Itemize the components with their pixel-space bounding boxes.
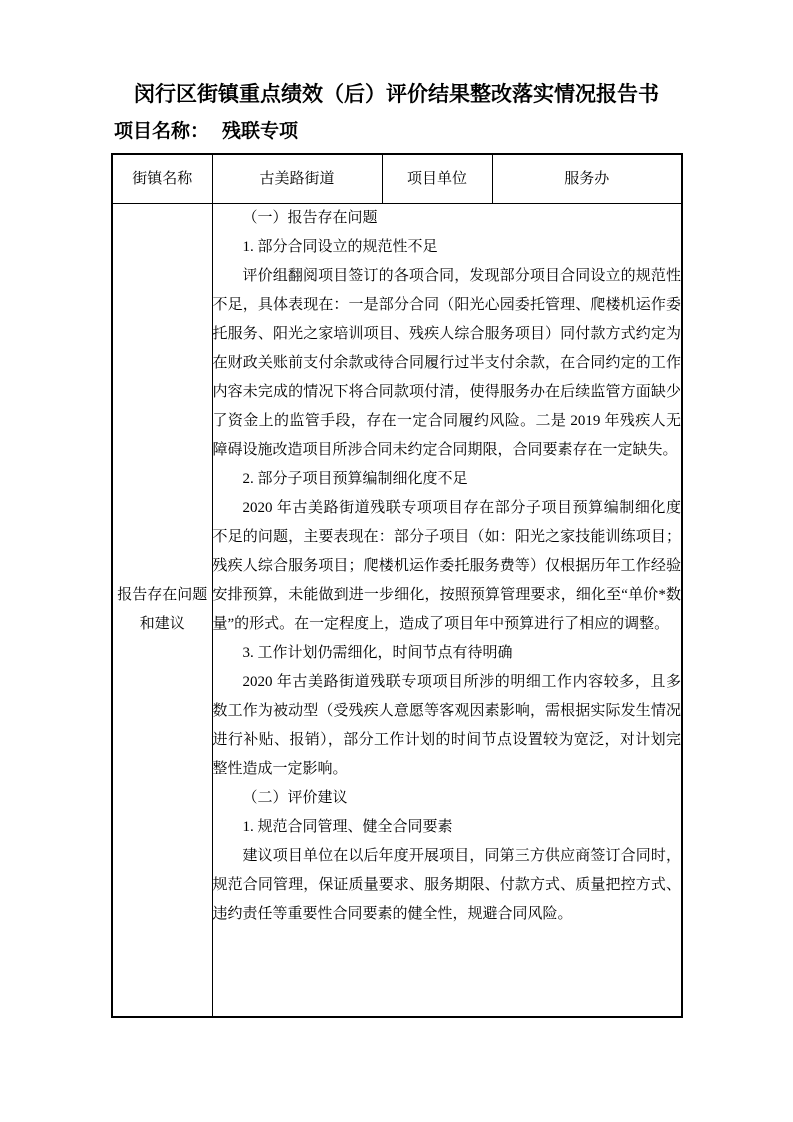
document-page: 闵行区街镇重点绩效（后）评价结果整改落实情况报告书 项目名称：残联专项 街镇名称… — [0, 0, 793, 1122]
issues-row-label-cell: 报告存在问题和建议 — [112, 204, 212, 1018]
issue-3-body: 2020 年古美路街道残联专项项目所涉的明细工作内容较多，且多数工作为被动型（受… — [213, 668, 682, 784]
issue-2-body: 2020 年古美路街道残联专项项目存在部分子项目预算编制细化度不足的问题，主要表… — [213, 494, 682, 639]
issue-2-heading: 2. 部分子项目预算编制细化度不足 — [213, 465, 682, 494]
table-body-row: 报告存在问题和建议 （一）报告存在问题 1. 部分合同设立的规范性不足 评价组翻… — [112, 204, 682, 1018]
project-unit-value-cell: 服务办 — [492, 154, 682, 204]
street-name-label-cell: 街镇名称 — [112, 154, 212, 204]
issue-1-body: 评价组翻阅项目签订的各项合同，发现部分项目合同设立的规范性不足，具体表现在：一是… — [213, 262, 682, 465]
table-header-row: 街镇名称 古美路街道 项目单位 服务办 — [112, 154, 682, 204]
suggestion-1-heading: 1. 规范合同管理、健全合同要素 — [213, 813, 682, 842]
section-heading-issues: （一）报告存在问题 — [213, 204, 682, 233]
project-unit-label-cell: 项目单位 — [382, 154, 492, 204]
issue-1-heading: 1. 部分合同设立的规范性不足 — [213, 233, 682, 262]
report-table: 街镇名称 古美路街道 项目单位 服务办 报告存在问题和建议 （一）报告存在问题 … — [111, 153, 683, 1018]
project-name-line: 项目名称：残联专项 — [114, 120, 298, 144]
project-name-value: 残联专项 — [222, 121, 298, 142]
project-name-label: 项目名称： — [114, 121, 209, 142]
suggestion-1-body: 建议项目单位在以后年度开展项目，同第三方供应商签订合同时，规范合同管理，保证质量… — [213, 842, 682, 929]
document-title: 闵行区街镇重点绩效（后）评价结果整改落实情况报告书 — [0, 82, 793, 106]
issue-3-heading: 3. 工作计划仍需细化，时间节点有待明确 — [213, 639, 682, 668]
section-heading-suggestions: （二）评价建议 — [213, 784, 682, 813]
issues-content-cell: （一）报告存在问题 1. 部分合同设立的规范性不足 评价组翻阅项目签订的各项合同… — [212, 204, 682, 1018]
street-name-value-cell: 古美路街道 — [212, 154, 382, 204]
